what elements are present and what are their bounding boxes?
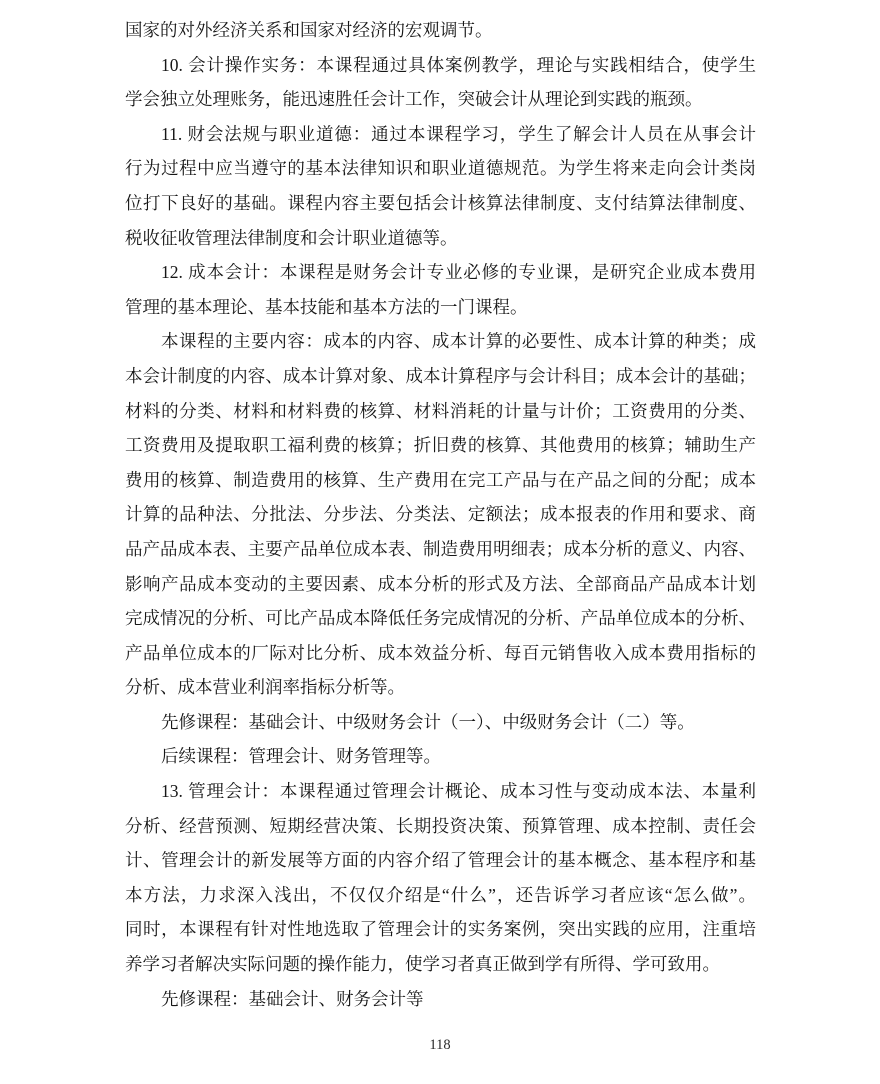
doc-line: 11. 财会法规与职业道德：通过本课程学习，学生了解会计人员在从事会计 (125, 117, 756, 152)
doc-line: 影响产品成本变动的主要因素、成本分析的形式及方法、全部商品产品成本计划 (125, 567, 756, 602)
doc-line: 国家的对外经济关系和国家对经济的宏观调节。 (125, 13, 756, 48)
doc-line: 10. 会计操作实务：本课程通过具体案例教学，理论与实践相结合，使学生 (125, 48, 756, 83)
doc-line: 工资费用及提取职工福利费的核算；折旧费的核算、其他费用的核算；辅助生产 (125, 428, 756, 463)
doc-line: 费用的核算、制造费用的核算、生产费用在完工产品与在产品之间的分配；成本 (125, 463, 756, 498)
doc-line: 本会计制度的内容、成本计算对象、成本计算程序与会计科目；成本会计的基础； (125, 359, 756, 394)
doc-line: 先修课程：基础会计、财务会计等 (125, 982, 756, 1017)
doc-line: 学会独立处理账务，能迅速胜任会计工作，突破会计从理论到实践的瓶颈。 (125, 82, 756, 117)
page-number: 118 (0, 1034, 880, 1056)
doc-line: 分析、成本营业利润率指标分析等。 (125, 670, 756, 705)
doc-line: 养学习者解决实际问题的操作能力，使学习者真正做到学有所得、学可致用。 (125, 947, 756, 982)
doc-line: 12. 成本会计：本课程是财务会计专业必修的专业课，是研究企业成本费用 (125, 255, 756, 290)
doc-line: 先修课程：基础会计、中级财务会计（一）、中级财务会计（二）等。 (125, 705, 756, 740)
doc-line: 分析、经营预测、短期经营决策、长期投资决策、预算管理、成本控制、责任会 (125, 809, 756, 844)
doc-line: 本方法，力求深入浅出，不仅仅介绍是“什么”，还告诉学习者应该“怎么做”。 (125, 878, 756, 913)
doc-line: 计算的品种法、分批法、分步法、分类法、定额法；成本报表的作用和要求、商 (125, 497, 756, 532)
doc-line: 材料的分类、材料和材料费的核算、材料消耗的计量与计价；工资费用的分类、 (125, 394, 756, 429)
document-body: 国家的对外经济关系和国家对经济的宏观调节。 10. 会计操作实务：本课程通过具体… (125, 13, 756, 1016)
doc-line: 计、管理会计的新发展等方面的内容介绍了管理会计的基本概念、基本程序和基 (125, 843, 756, 878)
doc-line: 产品单位成本的厂际对比分析、成本效益分析、每百元销售收入成本费用指标的 (125, 636, 756, 671)
doc-line: 13. 管理会计：本课程通过管理会计概论、成本习性与变动成本法、本量利 (125, 774, 756, 809)
doc-line: 品产品成本表、主要产品单位成本表、制造费用明细表；成本分析的意义、内容、 (125, 532, 756, 567)
doc-line: 同时，本课程有针对性地选取了管理会计的实务案例，突出实践的应用，注重培 (125, 912, 756, 947)
doc-line: 本课程的主要内容：成本的内容、成本计算的必要性、成本计算的种类；成 (125, 324, 756, 359)
doc-line: 完成情况的分析、可比产品成本降低任务完成情况的分析、产品单位成本的分析、 (125, 601, 756, 636)
doc-line: 管理的基本理论、基本技能和基本方法的一门课程。 (125, 290, 756, 325)
doc-line: 行为过程中应当遵守的基本法律知识和职业道德规范。为学生将来走向会计类岗 (125, 151, 756, 186)
doc-line: 后续课程：管理会计、财务管理等。 (125, 739, 756, 774)
doc-line: 位打下良好的基础。课程内容主要包括会计核算法律制度、支付结算法律制度、 (125, 186, 756, 221)
doc-line: 税收征收管理法律制度和会计职业道德等。 (125, 221, 756, 256)
